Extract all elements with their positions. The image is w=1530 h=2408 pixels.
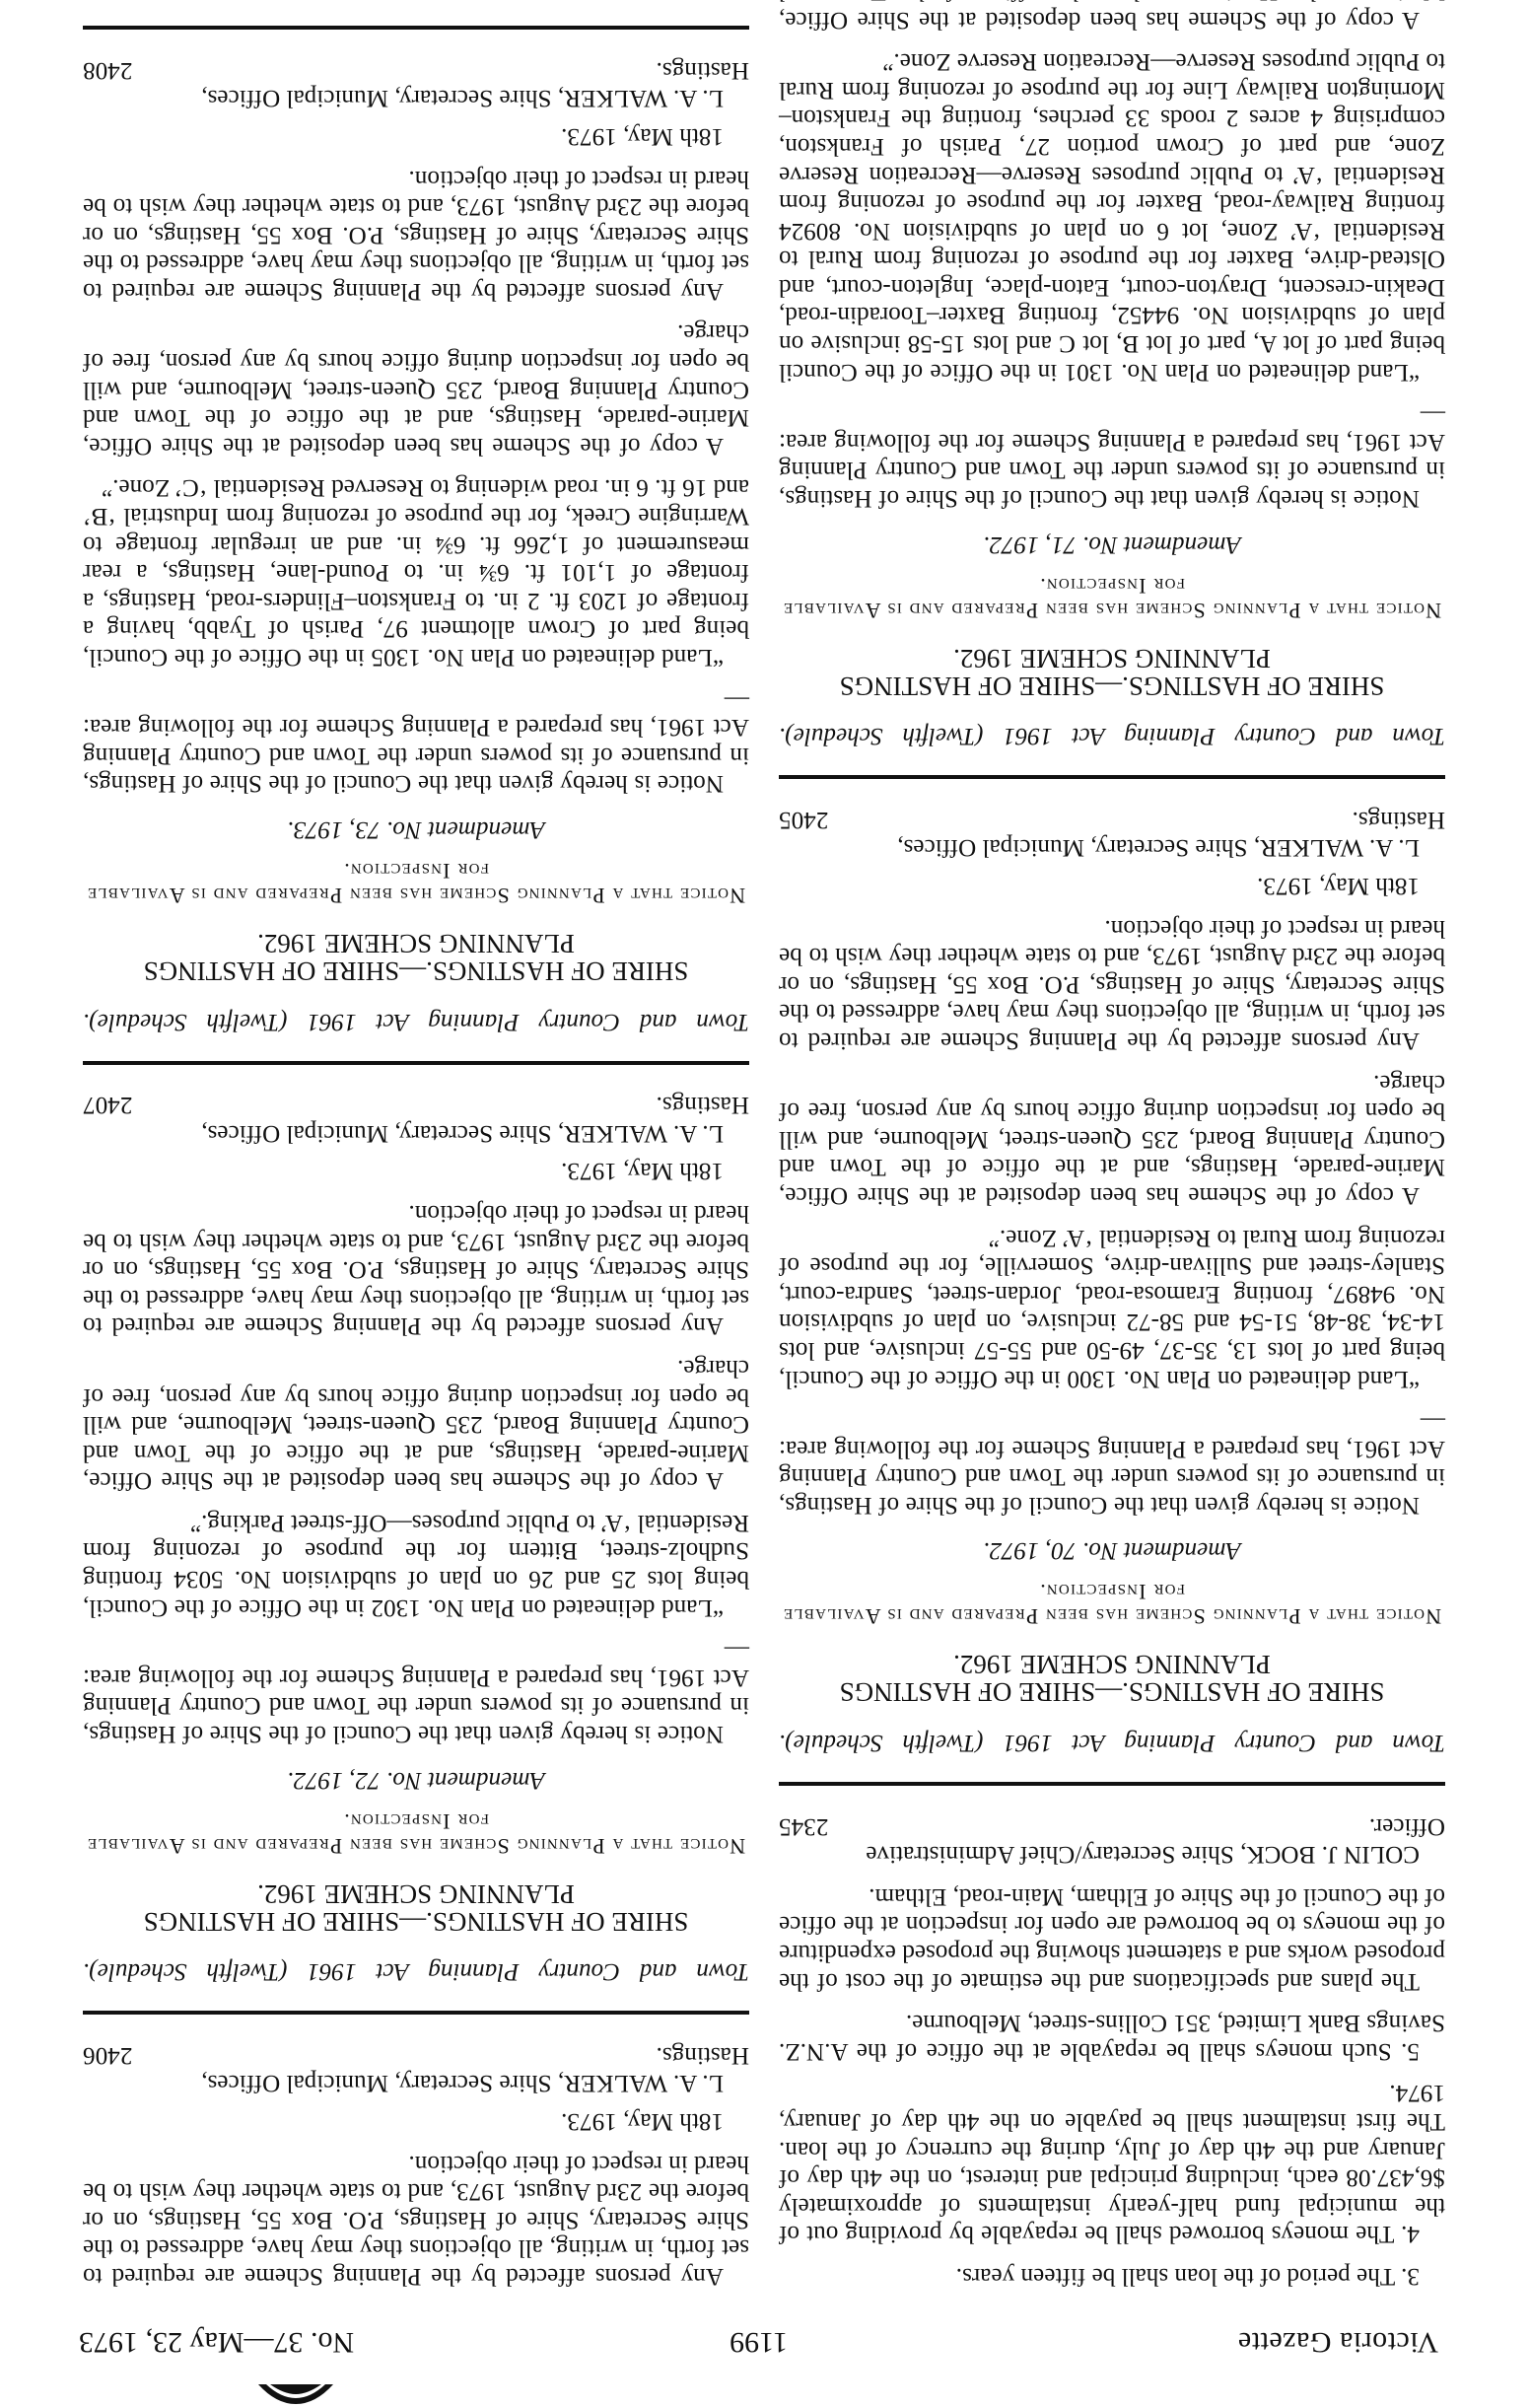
act-line: Town and Country Planning Act 1961 (Twel… <box>779 722 1445 750</box>
act-line: Town and Country Planning Act 1961 (Twel… <box>779 1729 1445 1757</box>
notice-paragraph: Notice is hereby given that the Council … <box>779 399 1445 512</box>
notice-title: SHIRE OF HASTINGS.—SHIRE OF HASTINGS PLA… <box>779 1652 1445 1707</box>
notice-amendment-70: Town and Country Planning Act 1961 (Twel… <box>779 775 1445 1756</box>
gazette-page: Victoria Gazette 1199 No. 37—May 23, 197… <box>0 0 1530 2408</box>
notice-ref-number: 2406 <box>83 2040 132 2069</box>
issue-date: No. 37—May 23, 1973 <box>79 2325 354 2359</box>
act-line: Town and Country Planning Act 1961 (Twel… <box>83 1957 749 1986</box>
notice-title: SHIRE OF HASTINGS.—SHIRE OF HASTINGS PLA… <box>83 930 749 985</box>
page-header: Victoria Gazette 1199 No. 37—May 23, 197… <box>71 2309 1446 2359</box>
notice-ref-number: 2405 <box>779 805 828 833</box>
notice-signature: L. A. WALKER, Shire Secretary, Municipal… <box>83 2069 749 2097</box>
loan-clause-4: 4. The moneys borrowed shall be repayabl… <box>779 2079 1445 2248</box>
notice-paragraph: “Land delineated on Plan No. 1302 in the… <box>83 1508 749 1620</box>
notice-date: 18th May, 1973. <box>83 2106 749 2135</box>
loan-plans-paragraph: The plans and specifications and the est… <box>779 1881 1445 1994</box>
notice-ref-number: 2408 <box>83 55 132 84</box>
left-column: 3. The period of the loan shall be fifte… <box>779 0 1445 2290</box>
notice-paragraph: A copy of the Scheme has been deposited … <box>83 319 749 460</box>
loan-signature: COLIN J. BOCK, Shire Secretary/Chief Adm… <box>779 1840 1445 1869</box>
notice-paragraph: Notice is hereby given that the Council … <box>779 1406 1445 1519</box>
notice-amendment-73: Town and Country Planning Act 1961 (Twel… <box>83 26 749 1034</box>
notice-paragraph: Any persons affected by the Planning Sch… <box>83 2149 749 2290</box>
binding-hole-mark <box>256 2382 335 2408</box>
notice-paragraph: Notice is hereby given that the Council … <box>83 684 749 797</box>
notice-date: 18th May, 1973. <box>83 1157 749 1185</box>
signature-place: Hastings. <box>1353 805 1445 833</box>
notice-date: 18th May, 1973. <box>779 871 1445 899</box>
notice-paragraph: “Land delineated on Plan No. 1301 in the… <box>779 47 1445 386</box>
notice-signature: L. A. WALKER, Shire Secretary, Municipal… <box>779 833 1445 862</box>
notice-subtitle: Notice that a Planning Scheme has been P… <box>779 574 1445 623</box>
notice-paragraph: Notice is hereby given that the Council … <box>83 1635 749 1747</box>
eltham-loan-continued: 3. The period of the loan shall be fifte… <box>779 1782 1445 2290</box>
loan-clause-5: 5. Such moneys shall be repayable at the… <box>779 2009 1445 2065</box>
loan-clause-3: 3. The period of the loan shall be fifte… <box>779 2261 1445 2290</box>
amendment-number: Amendment No. 71, 1972. <box>779 530 1445 558</box>
notice-subtitle: Notice that a Planning Scheme has been P… <box>83 1809 749 1859</box>
amendment-number: Amendment No. 73, 1973. <box>83 814 749 843</box>
section-divider <box>779 775 1445 779</box>
notice-paragraph: Any persons affected by the Planning Sch… <box>83 1198 749 1339</box>
section-divider <box>83 1061 749 1065</box>
notice-signature: L. A. WALKER, Shire Secretary, Municipal… <box>83 84 749 112</box>
notice-subtitle: Notice that a Planning Scheme has been P… <box>83 859 749 908</box>
section-divider <box>83 26 749 30</box>
notice-paragraph: A copy of the Scheme has been deposited … <box>83 1353 749 1494</box>
notice-title: SHIRE OF HASTINGS.—SHIRE OF HASTINGS PLA… <box>83 1880 749 1936</box>
notice-paragraph: A copy of the Scheme has been deposited … <box>779 1068 1445 1209</box>
right-column: Any persons affected by the Planning Sch… <box>83 0 749 2290</box>
notice-ref-number: 2345 <box>779 1811 828 1840</box>
notice-amendment-72: Town and Country Planning Act 1961 (Twel… <box>83 1061 749 1986</box>
act-line: Town and Country Planning Act 1961 (Twel… <box>83 1007 749 1035</box>
amendment-number: Amendment No. 72, 1972. <box>83 1765 749 1794</box>
notice-title: SHIRE OF HASTINGS.—SHIRE OF HASTINGS PLA… <box>779 645 1445 700</box>
notice-amendment-71: Town and Country Planning Act 1961 (Twel… <box>779 0 1445 749</box>
notice-ref-number: 2407 <box>83 1091 132 1119</box>
notice-subtitle: Notice that a Planning Scheme has been P… <box>779 1581 1445 1630</box>
signature-place: Hastings. <box>657 55 749 84</box>
notice-amendment-71-continued: Any persons affected by the Planning Sch… <box>83 2011 749 2290</box>
notice-paragraph: Any persons affected by the Planning Sch… <box>779 913 1445 1054</box>
section-divider <box>779 1782 1445 1786</box>
signature-place: Hastings. <box>657 1091 749 1119</box>
notice-date: 18th May, 1973. <box>83 121 749 150</box>
notice-signature: L. A. WALKER, Shire Secretary, Municipal… <box>83 1118 749 1147</box>
section-divider <box>83 2011 749 2015</box>
amendment-number: Amendment No. 70, 1972. <box>779 1536 1445 1565</box>
notice-paragraph: Any persons affected by the Planning Sch… <box>83 164 749 305</box>
notice-paragraph: “Land delineated on Plan No. 1300 in the… <box>779 1223 1445 1392</box>
notice-paragraph: A copy of the Scheme has been deposited … <box>779 0 1445 34</box>
signature-place: Hastings. <box>657 2040 749 2069</box>
notice-paragraph: “Land delineated on Plan No. 1305 in the… <box>83 473 749 671</box>
loan-signature-title: Officer. <box>1369 1811 1445 1840</box>
